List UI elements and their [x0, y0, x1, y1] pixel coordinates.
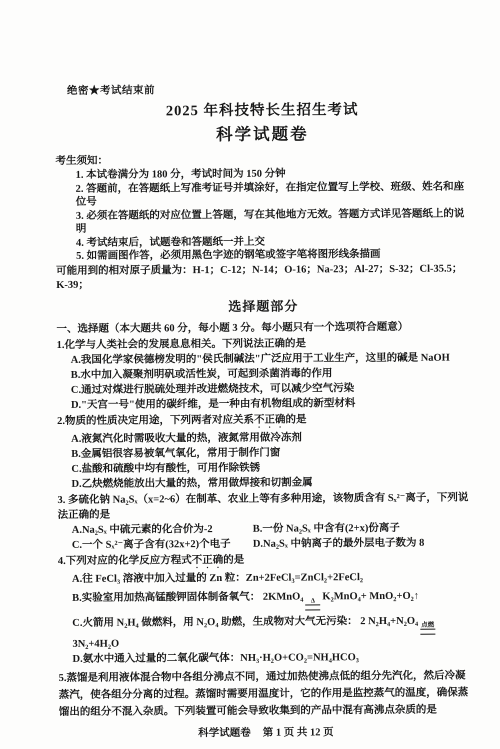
atomic-mass-line: 可能用到的相对原子质量为：H-1；C-12；N-14；O-16；Na-23；Al… [56, 262, 470, 293]
stem-text: 的是 [285, 414, 306, 425]
section-heading: 选择题部分 [56, 297, 470, 315]
question-1-option-a: A.我国化学家侯德榜发明的"侯氏制碱法"广泛应用于工业生产，这里的碱是 NaOH [71, 350, 471, 367]
question-2: 2.物质的性质决定用途，下列两者对应关系不正确的是 A.液氮汽化时需吸收大量的热… [57, 411, 471, 492]
question-5: 5.蒸馏是利用液体混合物中各组分沸点不同，通过加热使沸点低的组分先汽化，然后冷凝… [59, 667, 473, 721]
security-marking: 绝密★考试结束前 [67, 81, 469, 98]
notice-item-2: 2. 答题前，在答题纸上写准考证号并填涂好，在指定位置写上学校、班级、姓名和座位… [76, 180, 470, 209]
question-3-option-a: A.Na₂Sₓ 中硫元素的化合价为-2 [72, 521, 253, 537]
page-content: 绝密★考试结束前 2025 年科技特长生招生考试 科学试题卷 考生须知： 1. … [55, 81, 473, 742]
stem-text: 的是 [223, 554, 244, 565]
equals-with-condition: Δ [305, 597, 320, 610]
question-2-option-d: D.乙炔燃烧能放出大量的热，常用做焊接和切割金属 [71, 474, 471, 491]
question-3-option-d: D.Na₂Sₓ 中钠离子的最外层电子数为 8 [253, 535, 472, 551]
question-4-option-d: D.氨水中通入过量的二氧化碳气体：NH₃·H₂O+CO₂=NH₄HCO₃ [72, 649, 472, 666]
footer-page-number: 第 1 页 共 12 页 [263, 727, 334, 738]
equals-sign [420, 628, 435, 634]
section-instruction: 一、选择题（本大题共 60 分，每小题 3 分。每小题只有一个选项符合题意） [56, 319, 470, 337]
question-4-option-c: C.火箭用 N₂H₄ 做燃料，用 N₂O₄ 助燃，生成物对大气无污染： 2 N₂… [72, 609, 472, 651]
exam-title: 2025 年科技特长生招生考试 [55, 102, 469, 120]
question-1-option-d: D."天宫一号"使用的碳纤维，是一种由有机物组成的新型材料 [71, 395, 471, 412]
exam-paper-page: 绝密★考试结束前 2025 年科技特长生招生考试 科学试题卷 考生须知： 1. … [0, 0, 500, 749]
question-4-option-b: B.实验室用加热高锰酸钾固体制备氧气： 2KMnO₄ΔK₂MnO₄+ MnO₂+… [72, 584, 472, 611]
question-3-stem: 3. 多硫化钠 Na₂Sₓ（x=2~6）在制革、农业上等有多种用途，该物质含有 … [57, 490, 471, 523]
equation-text: K₂MnO₄+ MnO₂+O₂↑ [322, 590, 419, 602]
reaction-condition: Δ [311, 597, 315, 604]
paper-title: 科学试题卷 [55, 125, 469, 143]
stem-text: 4.下列对应的化学反应方程式 [58, 555, 192, 567]
question-4: 4.下列对应的化学反应方程式不正确的是 A.往 FeCl₃ 溶液中加入过量的 Z… [58, 551, 473, 667]
question-5-stem: 5.蒸馏是利用液体混合物中各组分沸点不同，通过加热使沸点低的组分先汽化，然后冷凝… [59, 667, 473, 721]
question-3-option-row: C.一个 Sₓ²⁻离子含有(32x+2)个电子 D.Na₂Sₓ 中钠离子的最外层… [58, 535, 472, 553]
stem-emphasis: 不正确 [254, 414, 286, 425]
equals-with-condition: 点燃 [420, 621, 435, 634]
equation-text: 3N₂+4H₂O [72, 638, 119, 649]
notice-item-3: 3. 必须在答题纸的对应位置上答题，写在其他地方无效。答题方式详见答题纸上的说明 [76, 207, 470, 236]
question-3: 3. 多硫化钠 Na₂Sₓ（x=2~6）在制革、农业上等有多种用途，该物质含有 … [57, 490, 471, 553]
stem-text: 2.物质的性质决定用途，下列两者对应关系 [57, 414, 254, 426]
notice-list: 1. 本试卷满分为 180 分，考试时间为 150 分钟 2. 答题前，在答题纸… [76, 166, 471, 263]
equals-sign [305, 604, 320, 610]
question-1: 1.化学与人类社会的发展息息相关。下列说法正确的是 A.我国化学家侯德榜发明的"… [57, 335, 471, 413]
equation-text: C.火箭用 N₂H₄ 做燃料，用 N₂O₄ 助燃，生成物对大气无污染： 2 N₂… [72, 615, 418, 628]
footer-doc-label: 科学试题卷 [198, 728, 251, 739]
question-3-option-c: C.一个 Sₓ²⁻离子含有(32x+2)个电子 [72, 536, 253, 552]
notice-item-5: 5. 如需画图作答，必须用黑色字迹的钢笔或签字笔将图形线条描画 [76, 247, 470, 263]
stem-emphasis: 不正确 [192, 554, 224, 565]
page-footer: 科学试题卷第 1 页 共 12 页 [59, 725, 473, 743]
question-3-option-b: B.一份 Na₂Sₓ 中含有(2+x)份离子 [253, 520, 472, 536]
equation-text: B.实验室用加热高锰酸钾固体制备氧气： 2KMnO₄ [72, 591, 303, 603]
